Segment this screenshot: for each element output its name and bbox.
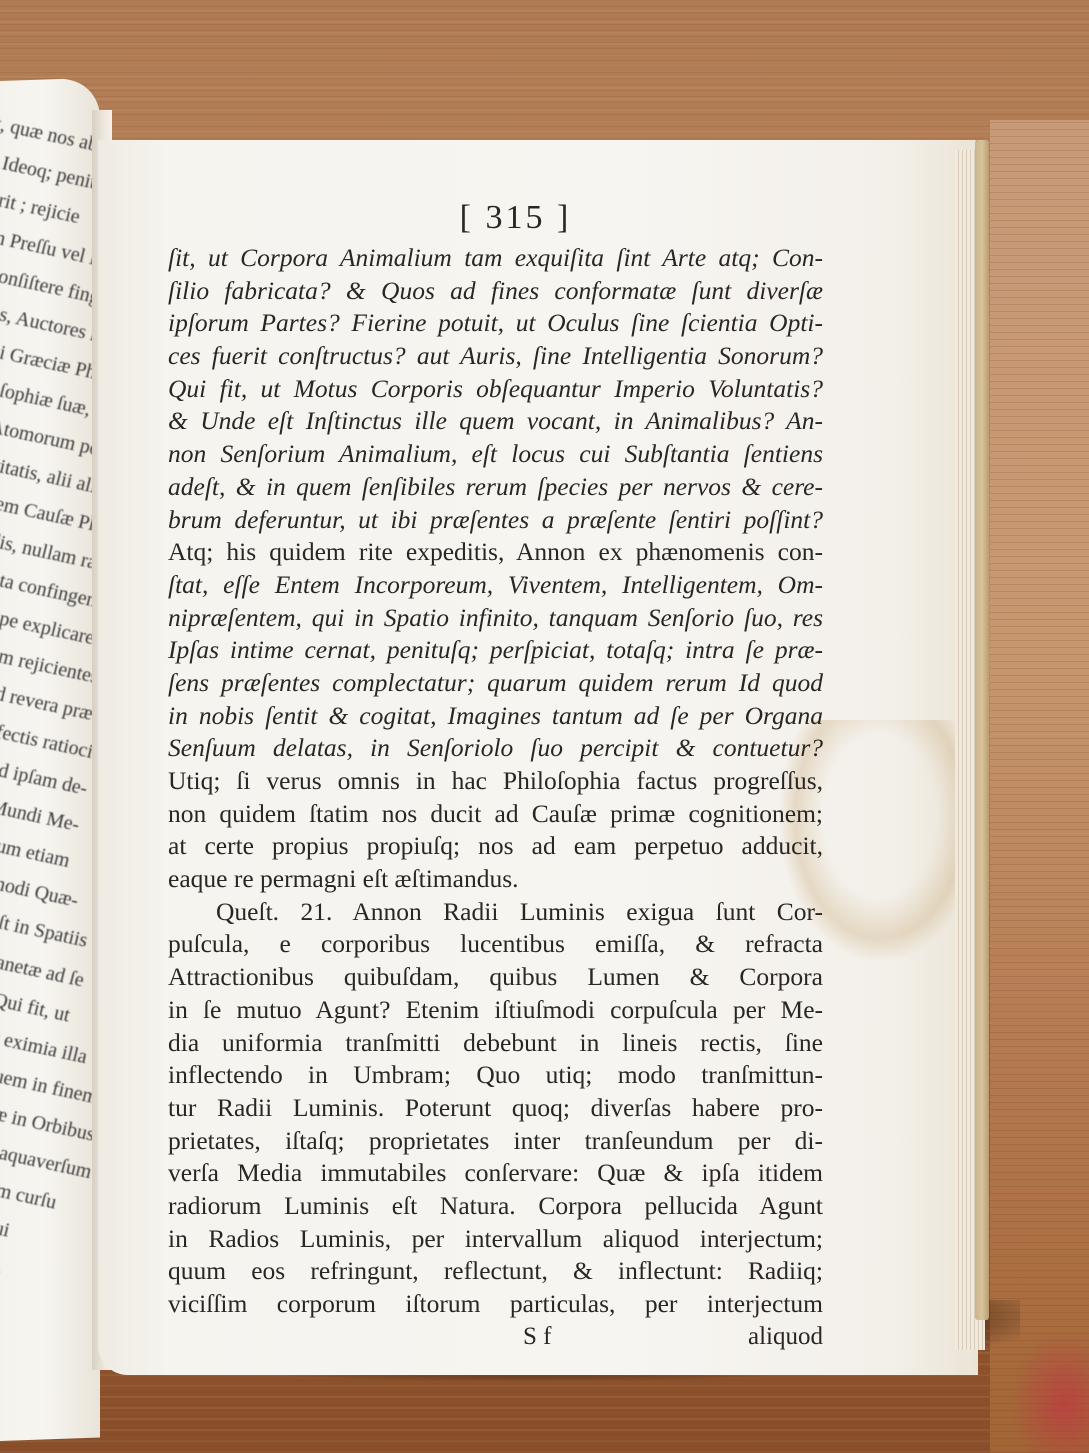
left-page-text-fragment: dis, nullam rati- <box>0 530 100 579</box>
text-line: quum eos refringunt, reflectunt, & infle… <box>168 1255 823 1288</box>
text-line: inflectendo in Umbram; Quo utiq; modo tr… <box>168 1059 823 1092</box>
text-line: radiorum Luminis eſt Natura. Corpora pel… <box>168 1190 823 1223</box>
text-line: & Unde eſt Inſtinctus ille quem vocant, … <box>168 405 823 438</box>
left-page-text-fragment: Quem in finem <box>0 1062 100 1110</box>
left-page-text-fragment: s Ideoq; penitus <box>0 150 100 199</box>
left-page-text-fragment: ffectis ratioci- <box>0 720 100 766</box>
text-line: ipſorum Partes? Fierine potuit, ut Oculu… <box>168 307 823 340</box>
text-line: Utiq; ſi verus omnis in hac Philoſophia … <box>168 765 823 798</box>
left-page-text-fragment: am rejicientes: <box>0 644 100 691</box>
text-line: Qui fit, ut Motus Corporis obſequantur I… <box>168 373 823 406</box>
left-page-text-fragment: id revera præ- <box>0 682 100 728</box>
text-line: tur Radii Luminis. Poterunt quoq; diverſ… <box>168 1092 823 1125</box>
text-line: ſilio fabricata? & Quos ad fines conform… <box>168 275 823 308</box>
text-line: Ipſas intime cernat, penituſq; perſpicia… <box>168 634 823 667</box>
left-page-text-fragment: ? Qui fit, ut <box>0 986 72 1028</box>
text-line: puſcula, e corporibus lucentibus emiſſa,… <box>168 928 823 961</box>
text-line: verſa Media immutabiles conſervare: Quæ … <box>168 1157 823 1190</box>
left-page-text-fragment: erit ; rejicie <box>0 188 82 230</box>
left-page-text-fragment: Qui <box>0 1214 12 1243</box>
pink-stain-on-table <box>1010 1330 1089 1453</box>
text-line: Queſt. 21. Annon Radii Luminis exigua ſu… <box>168 896 823 929</box>
text-line: in nobis ſentit & cogitat, Imagines tant… <box>168 700 823 733</box>
left-page-text-fragment: rum etiam <box>0 834 72 873</box>
left-page-text-fragment: modi Quæ- <box>0 872 81 913</box>
page-number: [ 315 ] <box>168 196 823 240</box>
text-line: adeſt, & in quem ſenſibiles rerum ſpecie… <box>168 471 823 504</box>
catchword: aliquod <box>748 1321 823 1353</box>
left-page-text-fragment: Mundi Me- <box>0 796 82 838</box>
text-line: in ſe mutuo Agunt? Etenim iſtiuſmodi cor… <box>168 994 823 1027</box>
page-text-block: [ 315 ] ſit, ut Corpora Animalium tam ex… <box>168 196 823 1353</box>
text-line: viciſſim corporum iſtorum particulas, pe… <box>168 1288 823 1321</box>
text-line: prietates, iſtaſq; proprietates inter tr… <box>168 1125 823 1158</box>
text-line: ces fuerit conſtructus? aut Auris, ſine … <box>168 340 823 373</box>
left-page-text-fragment: eſt eximia illa <box>0 1024 89 1069</box>
left-page-text-fragment: ſt, quæ nos ab <box>0 112 100 158</box>
text-line: Atq; his quidem rite expeditis, Annon ex… <box>168 536 823 569</box>
book-cover-edge <box>975 140 989 1320</box>
text-line: eaque re permagni eſt æſtimandus. <box>168 863 823 896</box>
left-page-text-fragment: Atomorum poſi <box>0 416 100 464</box>
left-page-text-fragment: ad ipſam de- <box>0 758 90 801</box>
text-line: in Radios Luminis, per intervallum aliqu… <box>168 1223 823 1256</box>
text-line: non quidem ſtatim nos ducit ad Cauſæ pri… <box>168 798 823 831</box>
left-page: ſt, quæ nos abs Ideoq; penituserit ; rej… <box>0 78 100 1443</box>
left-page-text-fragment: rum curſu <box>0 1176 59 1215</box>
wooden-table-right <box>990 120 1089 1453</box>
left-page-text-fragment: Planetæ ad ſe <box>0 948 86 993</box>
text-line: Attractionibus quibuſdam, quibus Lumen &… <box>168 961 823 994</box>
text-line: non Senſorium Animalium, eſt locus cui S… <box>168 438 823 471</box>
text-line: ſtat, eſſe Entem Incorporeum, Viventem, … <box>168 569 823 602</box>
text-line: ſens præſentes complectatur; quarum quid… <box>168 667 823 700</box>
text-line: ſit, ut Corpora Animalium tam exquiſita … <box>168 242 823 275</box>
text-line: nipræſentem, qui in Spatio infinito, tan… <box>168 602 823 635</box>
text-line: at certe propius propiuſq; nos ad eam pe… <box>168 830 823 863</box>
left-page-text-fragment: eſt in Spatiis <box>0 910 90 953</box>
signature-mark: S f <box>523 1321 551 1353</box>
page-footer: S f aliquod <box>168 1321 823 1353</box>
text-line: brum deferuntur, ut ibi præſentes a præſ… <box>168 504 823 537</box>
text-line: Senſuum delatas, in Senſoriolo ſuo perci… <box>168 732 823 765</box>
left-page-text-fragment: fit, <box>0 1252 5 1279</box>
left-page-text-fragment: conſiſtere finge <box>0 264 100 312</box>
left-page-text-fragment: in Preſſu vel M <box>0 226 100 274</box>
text-line: dia uniformia tranſmitti debebunt in lin… <box>168 1027 823 1060</box>
body-text: ſit, ut Corpora Animalium tam exquiſita … <box>168 242 823 1321</box>
